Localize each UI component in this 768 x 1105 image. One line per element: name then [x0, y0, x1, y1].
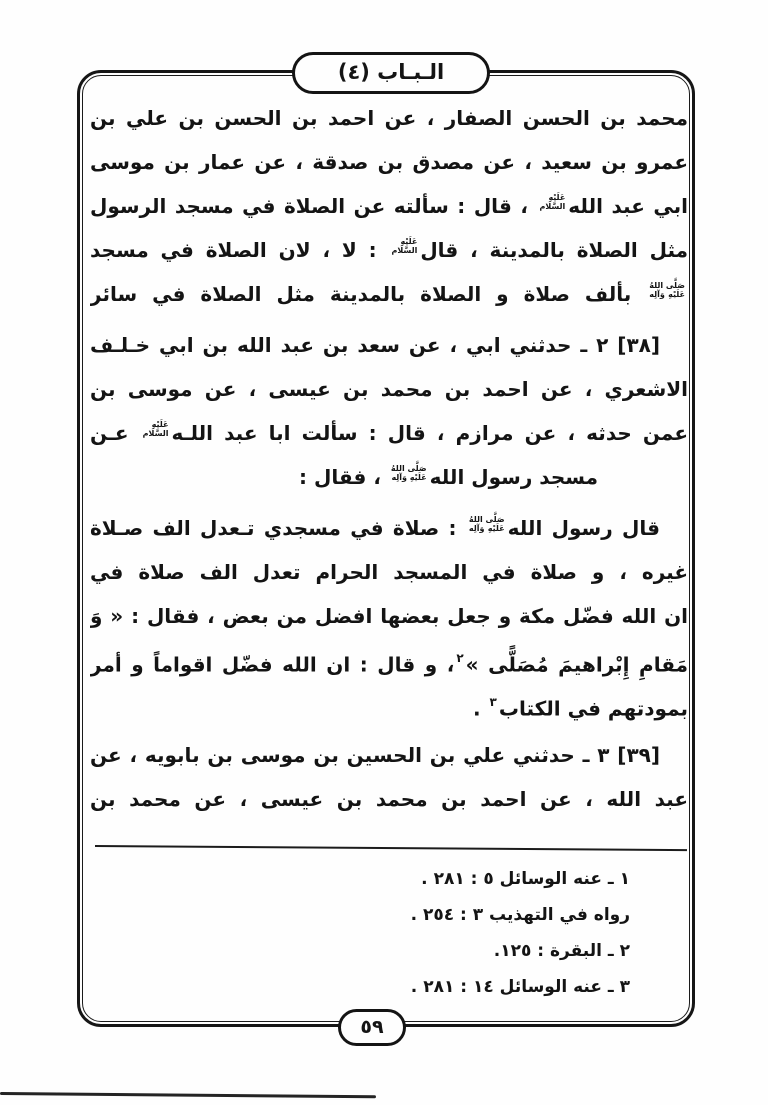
- chapter-header-cartouche: الـبـاب (٤): [292, 52, 490, 94]
- text-segment: عبد الله ، عن احمد بن محمد بن عيسى ، عن …: [90, 787, 688, 821]
- text-segment: عمن حدثه ، عن مرازم ، قال : سألت ابا عبد…: [171, 421, 688, 445]
- text-line: مثل الصلاة بالمدينة ، قالعَلَيْهِالسَّلَ…: [90, 228, 688, 272]
- text-segment: الاشعري ، عن احمد بن محمد بن عيسى ، عن م…: [90, 377, 688, 411]
- honorific-salawat-icon: صَلَّى اللهُعَلَيْهِ وَآلِه: [649, 281, 685, 299]
- body-text: محمد بن الحسن الصفار ، عن احمد بن الحسن …: [90, 96, 688, 821]
- text-line: بمودتهم في الكتاب٣ .: [90, 682, 688, 726]
- quran-quote: مَقامِ إِبْراهيمَ مُصَلًّى: [488, 653, 688, 677]
- text-segment: غيره ، و صلاة في المسجد الحرام تعدل الف …: [90, 560, 688, 594]
- footnote-marker: ٢: [456, 651, 463, 665]
- footnotes: ١ ـ عنه الوسائل ٥ : ٢٨١ .رواه في التهذيب…: [90, 861, 630, 1005]
- footnote-line: ٢ ـ البقرة : ١٢٥.: [90, 933, 630, 969]
- text-segment: مسجد رسول الله: [430, 465, 598, 489]
- text-segment: ان الله فضّل مكة و جعل بعضها افضل من بعض…: [102, 604, 688, 628]
- text-line: مسجد رسول اللهصَلَّى اللهُعَلَيْهِ وَآلِ…: [90, 455, 688, 499]
- text-line: عمرو بن سعيد ، عن مصدق بن صدقة ، عن عمار…: [90, 140, 688, 184]
- text-segment: بألف صلاة و الصلاة بالمدينة مثل الصلاة ف…: [90, 282, 688, 316]
- text-segment: [٣٩] ٣ ـ حدثني علي بن الحسين بن موسى بن …: [90, 743, 660, 777]
- footnote-line: ٣ ـ عنه الوسائل ١٤ : ٢٨١ .: [90, 969, 630, 1005]
- text-segment: محمد بن الحسن الصفار ، عن احمد بن الحسن …: [90, 106, 688, 140]
- text-line: ابي عبد اللهعَلَيْهِالسَّلَام ، قال : سأ…: [90, 184, 688, 228]
- text-line: صَلَّى اللهُعَلَيْهِ وَآلِه بألف صلاة و …: [90, 272, 688, 316]
- page-number: ٥٩: [360, 1016, 383, 1038]
- footnote-line: رواه في التهذيب ٣ : ٢٥٤ .: [90, 897, 630, 933]
- honorific-salam-icon: عَلَيْهِالسَّلَام: [143, 420, 169, 438]
- text-segment: ابي عبد الله: [568, 194, 688, 218]
- text-segment: .: [473, 697, 488, 721]
- honorific-salam-icon: عَلَيْهِالسَّلَام: [539, 193, 565, 211]
- footnote-line: ١ ـ عنه الوسائل ٥ : ٢٨١ .: [90, 861, 630, 897]
- honorific-salawat-icon: صَلَّى اللهُعَلَيْهِ وَآلِه: [391, 464, 427, 482]
- text-segment: »: [466, 653, 488, 677]
- text-segment: قال رسول الله: [508, 516, 660, 540]
- text-line: قال رسول اللهصَلَّى اللهُعَلَيْهِ وَآلِه…: [90, 506, 688, 550]
- text-line: الاشعري ، عن احمد بن محمد بن عيسى ، عن م…: [90, 367, 688, 411]
- text-line: ان الله فضّل مكة و جعل بعضها افضل من بعض…: [90, 594, 688, 638]
- honorific-salam-icon: عَلَيْهِالسَّلَام: [391, 237, 417, 255]
- text-line: [٣٨] ٢ ـ حدثني ابي ، عن سعد بن عبد الله …: [90, 323, 688, 367]
- footnote-marker: ٣: [490, 695, 497, 709]
- text-line: غيره ، و صلاة في المسجد الحرام تعدل الف …: [90, 550, 688, 594]
- book-page: الـبـاب (٤) محمد بن الحسن الصفار ، عن اح…: [0, 0, 768, 1105]
- text-segment: ، فقال :: [299, 465, 381, 489]
- text-line: مَقامِ إِبْراهيمَ مُصَلًّى »٢، و قال : ا…: [90, 638, 688, 682]
- honorific-salawat-icon: صَلَّى اللهُعَلَيْهِ وَآلِه: [469, 515, 505, 533]
- chapter-title: الـبـاب (٤): [338, 60, 444, 84]
- page-number-cartouche: ٥٩: [338, 1009, 406, 1046]
- text-line: عبد الله ، عن احمد بن محمد بن عيسى ، عن …: [90, 777, 688, 821]
- text-line: عمن حدثه ، عن مرازم ، قال : سألت ابا عبد…: [90, 411, 688, 455]
- text-segment: ، قال : سألته عن الصلاة في مسجد الرسول: [90, 194, 528, 218]
- text-segment: عمرو بن سعيد ، عن مصدق بن صدقة ، عن عمار…: [90, 150, 688, 184]
- text-line: محمد بن الحسن الصفار ، عن احمد بن الحسن …: [90, 96, 688, 140]
- text-segment: مثل الصلاة بالمدينة ، قال: [420, 238, 688, 262]
- text-segment: [٣٨] ٢ ـ حدثني ابي ، عن سعد بن عبد الله …: [90, 333, 660, 367]
- scan-edge-artifact: [0, 1092, 376, 1098]
- text-line: [٣٩] ٣ ـ حدثني علي بن الحسين بن موسى بن …: [90, 733, 688, 777]
- text-segment: بمودتهم في الكتاب: [499, 697, 688, 721]
